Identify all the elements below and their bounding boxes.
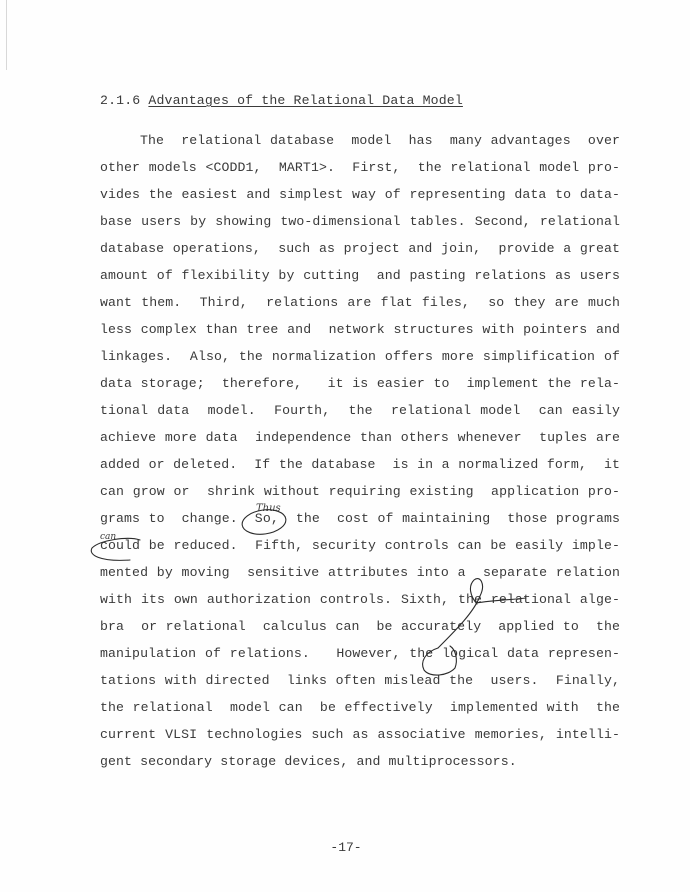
text-line: achieve more data independence than othe…	[100, 429, 620, 456]
text-line: base users by showing two-dimensional ta…	[100, 213, 620, 240]
text-line: database operations, such as project and…	[100, 240, 620, 267]
scan-edge	[6, 0, 7, 70]
text-line: other models <CODD1, MART1>. First, the …	[100, 159, 620, 186]
text-line: tations with directed links often mislea…	[100, 672, 620, 699]
text-line: mented by moving sensitive attributes in…	[100, 564, 620, 591]
text-line: with its own authorization controls. Six…	[100, 591, 620, 618]
text-line: tional data model. Fourth, the relationa…	[100, 402, 620, 429]
text-line: data storage; therefore, it is easier to…	[100, 375, 620, 402]
text-line: vides the easiest and simplest way of re…	[100, 186, 620, 213]
text-line: linkages. Also, the normalization offers…	[100, 348, 620, 375]
text-line: less complex than tree and network struc…	[100, 321, 620, 348]
text-line: gent secondary storage devices, and mult…	[100, 753, 620, 780]
text-line: want them. Third, relations are flat fil…	[100, 294, 620, 321]
text-line: amount of flexibility by cutting and pas…	[100, 267, 620, 294]
body-paragraph: The relational database model has many a…	[100, 132, 620, 780]
text-line: added or deleted. If the database is in …	[100, 456, 620, 483]
text-line: bra or relational calculus can be accura…	[100, 618, 620, 645]
page-number: -17-	[0, 840, 690, 855]
text-line: The relational database model has many a…	[100, 132, 620, 159]
section-title: Advantages of the Relational Data Model	[148, 93, 463, 108]
text-line: can grow or shrink without requiring exi…	[100, 483, 620, 510]
text-line: the relational model can be effectively …	[100, 699, 620, 726]
text-line: could be reduced. Fifth, security contro…	[100, 537, 620, 564]
document-page: 2.1.6 Advantages of the Relational Data …	[0, 0, 690, 892]
text-line: current VLSI technologies such as associ…	[100, 726, 620, 753]
text-line: grams to change. So, the cost of maintai…	[100, 510, 620, 537]
text-line: manipulation of relations. However, the …	[100, 645, 620, 672]
section-number: 2.1.6	[100, 93, 140, 108]
section-heading: 2.1.6 Advantages of the Relational Data …	[100, 93, 463, 109]
